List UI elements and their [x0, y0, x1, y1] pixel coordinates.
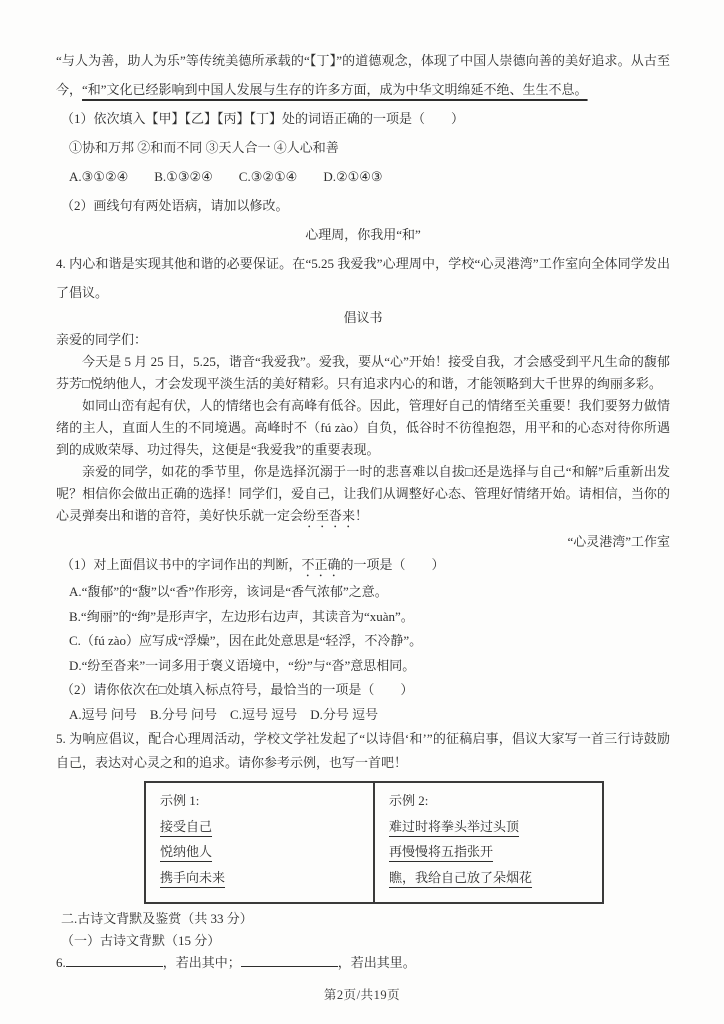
example-1-line-2: 悦纳他人 — [160, 839, 359, 865]
emphasized-idiom: 纷至沓来 — [303, 508, 355, 523]
exam-paper-page: “与人为善，助人为乐”等传统美德所承载的“【丁】”的道德观念，体现了中国人崇德向… — [0, 0, 724, 1024]
answer-blank-2 — [241, 952, 338, 967]
question-4-1-choice-b: B.“绚丽”的“绚”是形声字，左边形右边声，其读音为“xuàn”。 — [56, 605, 670, 630]
question-5-section: 5. 为响应倡议，配合心理周活动，学校文学社发起了“以诗倡‘和’”的征稿启事，倡… — [56, 727, 670, 904]
question-4-1-stem: （1）对上面倡议书中的字词作出的判断，不正确的一项是（ ） — [56, 553, 670, 580]
letter-paragraph-2: 如同山峦有起有伏，人的情绪也会有高峰有低谷。因此，管理好自己的情绪至关重要！我们… — [56, 395, 670, 461]
question-6: 6.，若出其中；，若出其里。 — [56, 952, 670, 974]
question-4-1-choice-a: A.“馥郁”的“馥”以“香”作形旁，该词是“香气浓郁”之意。 — [56, 580, 670, 605]
letter-paragraph-3: 亲爱的同学，如花的季节里，你是选择沉溺于一时的悲喜难以自拔□还是选择与自己“和解… — [56, 461, 670, 531]
question-3-1-choices: A.③①②④ B.①③②④ C.③②①④ D.②①④③ — [56, 162, 670, 191]
example-2-line-2: 再慢慢将五指张开 — [389, 839, 588, 865]
example-1-cell: 示例 1: 接受自己 悦纳他人 携手向未来 — [145, 782, 374, 903]
question-4-1-choice-c: C.（fú zào）应写成“浮燥”，因在此处意思是“轻浮，不冷静”。 — [56, 629, 670, 654]
example-2-cell: 示例 2: 难过时将拳头举过头顶 再慢慢将五指张开 瞧，我给自己放了朵烟花 — [374, 782, 603, 903]
section-2: 二.古诗文背默及鉴赏（共 33 分） （一）古诗文背默（15 分） 6.，若出其… — [56, 908, 670, 974]
question-4-stem: 4. 内心和谐是实现其他和谐的必要保证。在“5.25 我爱我”心理周中，学校“心… — [56, 249, 670, 307]
question-3-1-stem: （1）依次填入【甲】【乙】【丙】【丁】处的词语正确的一项是（ ） — [56, 104, 670, 133]
stem-text-end: 的一项是（ ） — [341, 557, 445, 572]
question-5-stem: 5. 为响应倡议，配合心理周活动，学校文学社发起了“以诗倡‘和’”的征稿启事，倡… — [56, 727, 670, 775]
section-2-subheading: （一）古诗文背默（15 分） — [56, 930, 670, 952]
question-4-2-stem: （2）请你依次在□处填入标点符号，最恰当的一项是（ ） — [56, 678, 670, 703]
page-content: “与人为善，助人为乐”等传统美德所承载的“【丁】”的道德观念，体现了中国人崇德向… — [56, 46, 670, 974]
question-4-2-choices: A.逗号 问号 B.分号 问号 C.逗号 逗号 D.分号 逗号 — [56, 703, 670, 728]
letter-salutation: 亲爱的同学们： — [56, 329, 670, 351]
intro-underlined-sentence: “和”文化已经影响到中国人发展与生存的许多方面，成为中华文明绵延不绝、生生不息。 — [82, 82, 588, 97]
letter-signature: “心灵港湾”工作室 — [56, 531, 670, 553]
example-1-line-3: 携手向未来 — [160, 865, 359, 891]
poem-examples-table: 示例 1: 接受自己 悦纳他人 携手向未来 示例 2: 难过时将拳头举过头顶 再… — [144, 781, 604, 904]
stem-text: （1）对上面倡议书中的字词作出的判断， — [61, 557, 302, 572]
question-6-end: ，若出其里。 — [338, 955, 416, 970]
letter-heading: 倡议书 — [56, 307, 670, 329]
example-2-line-1: 难过时将拳头举过头顶 — [389, 814, 588, 840]
letter-paragraph-1: 今天是 5 月 25 日，5.25，谐音“我爱我”。爱我，要从“心”开始！接受自… — [56, 351, 670, 395]
question-3-2-stem: （2）画线句有两处语病，请加以修改。 — [56, 191, 670, 220]
example-2-header: 示例 2: — [389, 793, 428, 808]
table-row: 示例 1: 接受自己 悦纳他人 携手向未来 示例 2: 难过时将拳头举过头顶 再… — [145, 782, 603, 903]
example-1-line-1: 接受自己 — [160, 814, 359, 840]
passage-title: 心理周，你我用“和” — [56, 220, 670, 249]
example-1-header: 示例 1: — [160, 793, 199, 808]
question-4-subquestions: （1）对上面倡议书中的字词作出的判断，不正确的一项是（ ） A.“馥郁”的“馥”… — [56, 553, 670, 727]
question-6-mid: ，若出其中； — [163, 955, 241, 970]
letter-paragraph-3-end: ！ — [355, 508, 368, 523]
answer-blank-1 — [66, 952, 163, 967]
example-2-line-3: 瞧，我给自己放了朵烟花 — [389, 865, 588, 891]
emphasized-word: 不正确 — [302, 557, 341, 572]
intro-paragraph: “与人为善，助人为乐”等传统美德所承载的“【丁】”的道德观念，体现了中国人崇德向… — [56, 46, 670, 104]
question-6-number: 6. — [56, 955, 66, 970]
page-number: 第2页/共19页 — [0, 985, 724, 1003]
intro-section: “与人为善，助人为乐”等传统美德所承载的“【丁】”的道德观念，体现了中国人崇德向… — [56, 46, 670, 307]
question-3-1-items: ①协和万邦 ②和而不同 ③天人合一 ④人心和善 — [56, 133, 670, 162]
proposal-letter: 倡议书 亲爱的同学们： 今天是 5 月 25 日，5.25，谐音“我爱我”。爱我… — [56, 307, 670, 553]
question-4-1-choice-d: D.“纷至沓来”一词多用于褒义语境中，“纷”与“沓”意思相同。 — [56, 654, 670, 679]
section-2-heading: 二.古诗文背默及鉴赏（共 33 分） — [56, 908, 670, 930]
